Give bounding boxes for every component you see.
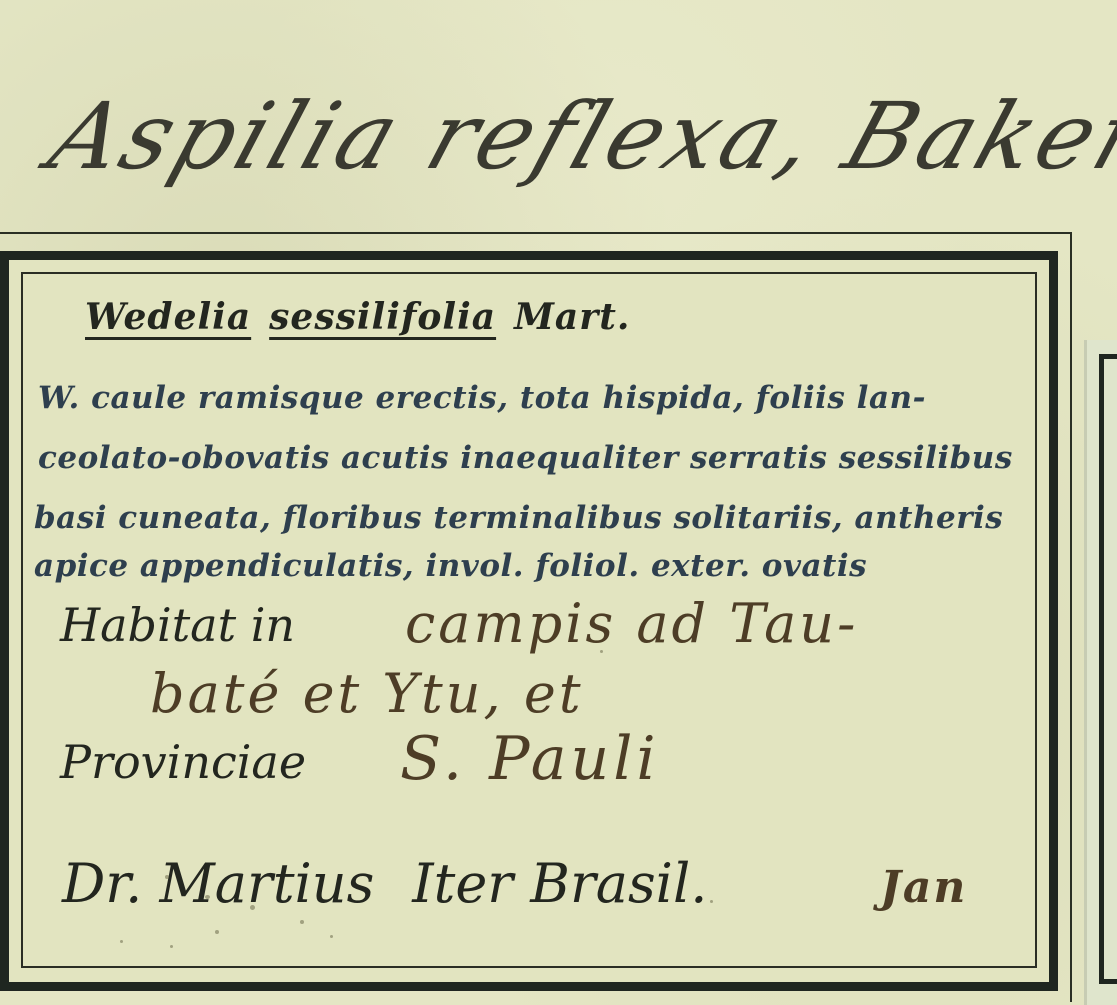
- collector-iter: Iter: [412, 852, 513, 915]
- habitat-handwritten-line-2: baté et Ytu, et: [150, 662, 584, 725]
- taxon-species: sessilifolia: [269, 296, 496, 338]
- determination-annotation: Aspilia reflexa, Baker: [30, 62, 1117, 212]
- habitat-handwritten-line-1: campis ad Tau-: [405, 592, 858, 655]
- collector-name: Martius: [160, 852, 375, 915]
- description-line-2: ceolato-obovatis acutis inaequaliter ser…: [38, 440, 1013, 476]
- description-line-1: W. caule ramisque erectis, tota hispida,…: [38, 380, 926, 416]
- collector-country: Brasil.: [530, 852, 707, 915]
- paper-speck: [250, 905, 255, 910]
- taxon-genus: Wedelia: [85, 296, 251, 338]
- determination-text: Aspilia reflexa, Baker: [37, 83, 1117, 190]
- paper-speck: [710, 900, 713, 903]
- province-handwritten: S. Pauli: [400, 724, 660, 794]
- adjacent-label-rule: [1099, 354, 1117, 984]
- collector-printed: Dr. MartiusIter Brasil.: [62, 852, 707, 915]
- paper-speck: [120, 940, 123, 943]
- taxon-author: Mart.: [514, 296, 630, 338]
- paper-speck: [165, 875, 169, 879]
- taxon-title: WedeliasessilifoliaMart.: [85, 296, 630, 338]
- habitat-printed-prefix: Habitat in: [60, 598, 295, 652]
- paper-speck: [170, 945, 173, 948]
- adjacent-label-edge: [1084, 340, 1117, 1005]
- province-printed: Provinciae: [60, 735, 306, 789]
- paper-speck: [330, 935, 333, 938]
- paper-speck: [600, 650, 603, 653]
- paper-speck: [300, 920, 304, 924]
- paper-speck: [205, 895, 210, 899]
- paper-speck: [215, 930, 219, 934]
- collector-title: Dr.: [62, 852, 142, 915]
- description-line-4: apice appendiculatis, invol. foliol. ext…: [34, 548, 867, 584]
- collection-month-handwritten: Jan: [880, 862, 967, 913]
- description-line-3: basi cuneata, floribus terminalibus soli…: [34, 500, 1003, 536]
